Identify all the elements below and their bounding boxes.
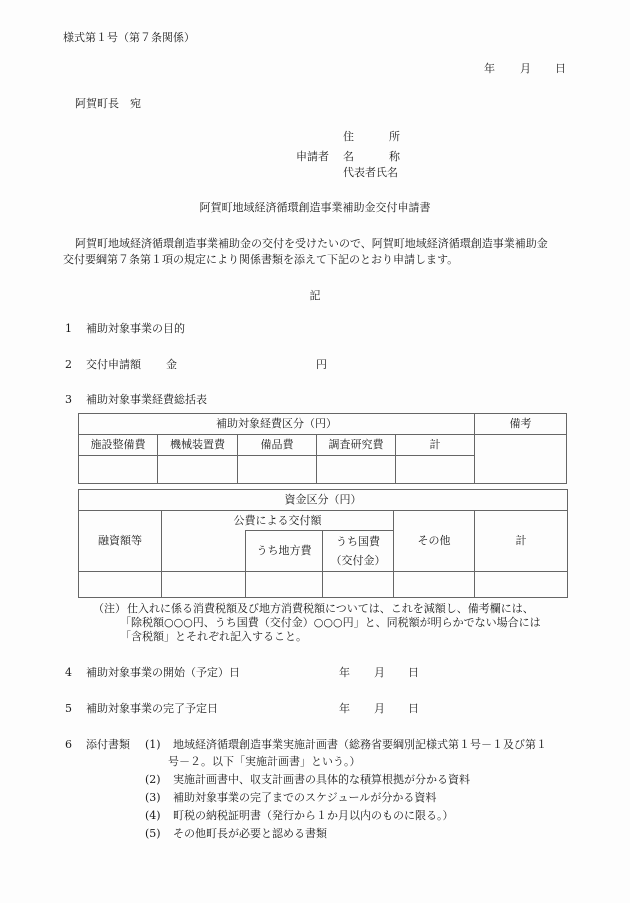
address-label: 住所	[343, 130, 400, 144]
funding-source-table: 資金区分（円） 融資額等 公費による交付額 その他 計 うち地方費 うち国費 （…	[78, 489, 568, 598]
intro-line1: 阿賀町地域経済循環創造事業補助金の交付を受けたいので、阿賀町地域経済循環創造事業…	[75, 237, 548, 251]
doc1-line2: 号－２。以下「実施計画書」という。）	[168, 755, 361, 769]
note-line2: 「除税額○○○円、うち国費（交付金）○○○円」と、同税額が明らかでない場合には	[120, 616, 541, 630]
item1-number: 1	[65, 322, 72, 336]
name-label-char2: 称	[389, 150, 400, 164]
col-research: 調査研究費	[317, 435, 396, 456]
note-line3: 「含税額」とそれぞれ記入すること。	[120, 630, 307, 644]
item2-number: 2	[65, 358, 72, 372]
intro-line2: 交付要綱第７条第１項の規定により関係書類を添えて下記のとおり申請します。	[63, 253, 458, 267]
machinery-value-cell[interactable]	[158, 456, 238, 484]
item4-year: 年	[339, 666, 350, 680]
item6-number: 6	[65, 738, 72, 752]
applicant-label: 申請者	[296, 150, 329, 164]
note-line1: 仕入れに係る消費税額及び地方消費税額については、これを減額し、備考欄には、	[127, 602, 534, 616]
item2-prefix: 金	[166, 358, 177, 372]
col-machinery: 機械装置費	[158, 435, 238, 456]
document-title: 阿賀町地域経済循環創造事業補助金交付申請書	[0, 201, 630, 215]
item3-label: 補助対象事業経費総括表	[86, 393, 207, 407]
funding-group-header: 資金区分（円）	[79, 490, 568, 511]
loan-header: 融資額等	[79, 511, 162, 572]
public-grant-header: 公費による交付額	[162, 511, 394, 531]
doc5-number: (5)	[145, 827, 161, 841]
item2-label: 交付申請額	[86, 358, 141, 372]
note-label: （注）	[93, 602, 126, 616]
remarks-cell[interactable]	[475, 435, 567, 484]
item2-unit: 円	[316, 358, 327, 372]
representative-label: 代表者氏名	[343, 166, 398, 180]
doc5-line1: その他町長が必要と認める書類	[173, 827, 327, 841]
item4-number: 4	[65, 666, 72, 680]
item5-number: 5	[65, 702, 72, 716]
item4-label: 補助対象事業の開始（予定）日	[86, 666, 240, 680]
doc2-line1: 実施計画書中、収支計画書の具体的な積算根拠が分かる資料	[173, 773, 470, 787]
addressee: 阿賀町長 宛	[75, 97, 141, 111]
public-grant-blank	[162, 531, 246, 572]
doc3-line1: 補助対象事業の完了までのスケジュールが分かる資料	[173, 791, 436, 805]
national-share-line1: うち国費	[323, 532, 393, 551]
local-share-value-cell[interactable]	[246, 572, 323, 598]
expense-group-header: 補助対象経費区分（円）	[79, 414, 475, 435]
address-label-char1: 住	[343, 130, 354, 144]
doc3-number: (3)	[145, 791, 161, 805]
form-number: 様式第１号（第７条関係）	[63, 31, 195, 45]
col-equipment: 備品費	[238, 435, 317, 456]
doc1-line1: 地域経済循環創造事業実施計画書（総務省要綱別記様式第１号－１及び第１	[173, 738, 547, 752]
national-share-value-cell[interactable]	[323, 572, 394, 598]
ki-marker: 記	[0, 289, 630, 303]
national-share-header: うち国費 （交付金）	[323, 531, 394, 572]
name-label-char1: 名	[343, 150, 354, 164]
national-share-line2: （交付金）	[323, 551, 393, 570]
doc1-number: (1)	[145, 738, 161, 752]
public-grant-value-cell[interactable]	[162, 572, 246, 598]
item5-label: 補助対象事業の完了予定日	[86, 702, 218, 716]
item4-month: 月	[374, 666, 385, 680]
other-value-cell[interactable]	[394, 572, 475, 598]
date-month-label: 月	[520, 62, 531, 76]
item5-day: 日	[408, 702, 419, 716]
name-label: 名称	[343, 150, 400, 164]
doc2-number: (2)	[145, 773, 161, 787]
col-total: 計	[396, 435, 475, 456]
item6-label: 添付書類	[86, 738, 130, 752]
col-facility: 施設整備費	[79, 435, 158, 456]
equipment-value-cell[interactable]	[238, 456, 317, 484]
research-value-cell[interactable]	[317, 456, 396, 484]
total-value-cell[interactable]	[396, 456, 475, 484]
date-year-label: 年	[484, 62, 495, 76]
funding-total-header: 計	[475, 511, 568, 572]
date-day-label: 日	[555, 62, 566, 76]
funding-total-value-cell[interactable]	[475, 572, 568, 598]
loan-value-cell[interactable]	[79, 572, 162, 598]
remarks-header: 備考	[475, 414, 567, 435]
item5-year: 年	[339, 702, 350, 716]
item4-day: 日	[408, 666, 419, 680]
expense-summary-table: 補助対象経費区分（円） 備考 施設整備費 機械装置費 備品費 調査研究費 計	[78, 413, 567, 484]
doc4-line1: 町税の納税証明書（発行から１か月以内のものに限る。）	[173, 809, 454, 823]
facility-value-cell[interactable]	[79, 456, 158, 484]
item1-label: 補助対象事業の目的	[86, 322, 185, 336]
doc4-number: (4)	[145, 809, 161, 823]
item5-month: 月	[374, 702, 385, 716]
local-share-header: うち地方費	[246, 531, 323, 572]
address-label-char2: 所	[389, 130, 400, 144]
other-header: その他	[394, 511, 475, 572]
item3-number: 3	[65, 393, 72, 407]
